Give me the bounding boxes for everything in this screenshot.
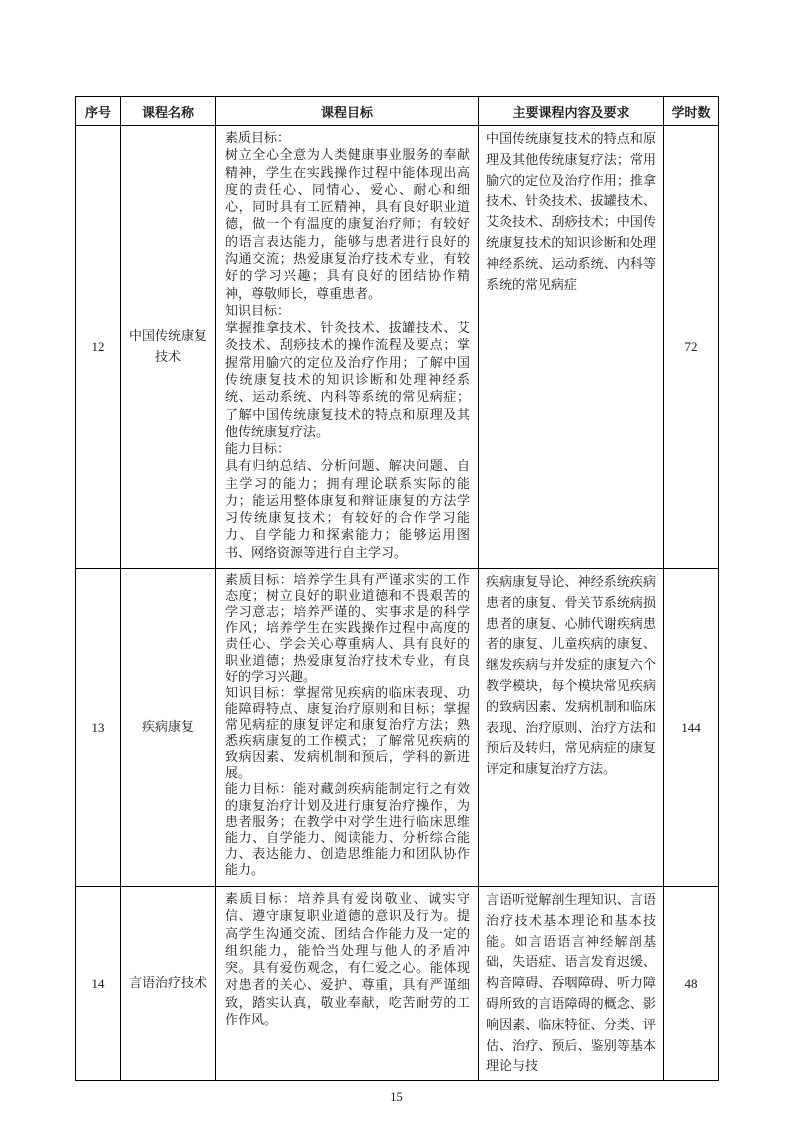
objectives-cell: 素质目标： 树立全心全意为人类健康事业服务的奉献精神，学生在实践操作过程中能体现… (216, 126, 479, 569)
objective-paragraph: 知识目标：掌握常见疾病的临床表现、功能障碍特点、康复治疗原则和目标；掌握常见病症… (225, 685, 470, 782)
hours-cell: 144 (664, 569, 719, 887)
table-row: 13 疾病康复 素质目标：培养学生具有严谨求实的工作态度；树立良好的职业道德和不… (76, 569, 719, 887)
objective-paragraph: 素质目标：培养学生具有严谨求实的工作态度；树立良好的职业道德和不畏艰苦的学习意志… (225, 572, 470, 685)
document-page: 序号 课程名称 课程目标 主要课程内容及要求 学时数 12 中国传统康复技术 素… (0, 0, 793, 1122)
content-cell: 中国传统康复技术的特点和原理及其他传统康复疗法；常用腧穴的定位及治疗作用；推拿技… (479, 126, 664, 569)
page-number: 15 (0, 1090, 793, 1105)
row-number-cell: 13 (76, 569, 121, 887)
objective-paragraph: 能力目标： (225, 440, 470, 457)
course-name-cell: 中国传统康复技术 (121, 126, 216, 569)
objective-paragraph: 具有归纳总结、分析问题、解决问题、自主学习的能力；拥有理论联系实际的能力；能运用… (225, 457, 470, 561)
hours-cell: 72 (664, 126, 719, 569)
row-number-cell: 14 (76, 887, 121, 1081)
table-row: 14 言语治疗技术 素质目标：培养具有爱岗敬业、诚实守信、遵守康复职业道德的意识… (76, 887, 719, 1081)
objectives-cell: 素质目标：培养学生具有严谨求实的工作态度；树立良好的职业道德和不畏艰苦的学习意志… (216, 569, 479, 887)
row-number-cell: 12 (76, 126, 121, 569)
objective-paragraph: 素质目标：培养具有爱岗敬业、诚实守信、遵守康复职业道德的意识及行为。提高学生沟通… (225, 890, 470, 1028)
column-header-course-name: 课程名称 (121, 97, 216, 126)
objective-paragraph: 掌握推拿技术、针灸技术、拔罐技术、艾灸技术、刮痧技术的操作流程及要点；掌握常用腧… (225, 319, 470, 440)
table-header-row: 序号 课程名称 课程目标 主要课程内容及要求 学时数 (76, 97, 719, 126)
column-header-hours: 学时数 (664, 97, 719, 126)
hours-cell: 48 (664, 887, 719, 1081)
objective-paragraph: 能力目标：能对藏剑疾病能制定行之有效的康复治疗计划及进行康复治疗操作，为患者服务… (225, 781, 470, 878)
content-cell: 疾病康复导论、神经系统疾病患者的康复、骨关节系统病损患者的康复、心肺代谢疾病患者… (479, 569, 664, 887)
column-header-content: 主要课程内容及要求 (479, 97, 664, 126)
objective-paragraph: 树立全心全意为人类健康事业服务的奉献精神，学生在实践操作过程中能体现出高度的责任… (225, 146, 470, 302)
objective-paragraph: 知识目标： (225, 302, 470, 319)
table-row: 12 中国传统康复技术 素质目标： 树立全心全意为人类健康事业服务的奉献精神，学… (76, 126, 719, 569)
course-name-cell: 言语治疗技术 (121, 887, 216, 1081)
column-header-objectives: 课程目标 (216, 97, 479, 126)
objective-paragraph: 素质目标： (225, 129, 470, 146)
content-cell: 言语听觉解剖生理知识、言语治疗技术基本理论和基本技能。如言语语言神经解剖基础，失… (479, 887, 664, 1081)
course-name-cell: 疾病康复 (121, 569, 216, 887)
curriculum-table: 序号 课程名称 课程目标 主要课程内容及要求 学时数 12 中国传统康复技术 素… (75, 96, 719, 1081)
column-header-number: 序号 (76, 97, 121, 126)
objectives-cell: 素质目标：培养具有爱岗敬业、诚实守信、遵守康复职业道德的意识及行为。提高学生沟通… (216, 887, 479, 1081)
